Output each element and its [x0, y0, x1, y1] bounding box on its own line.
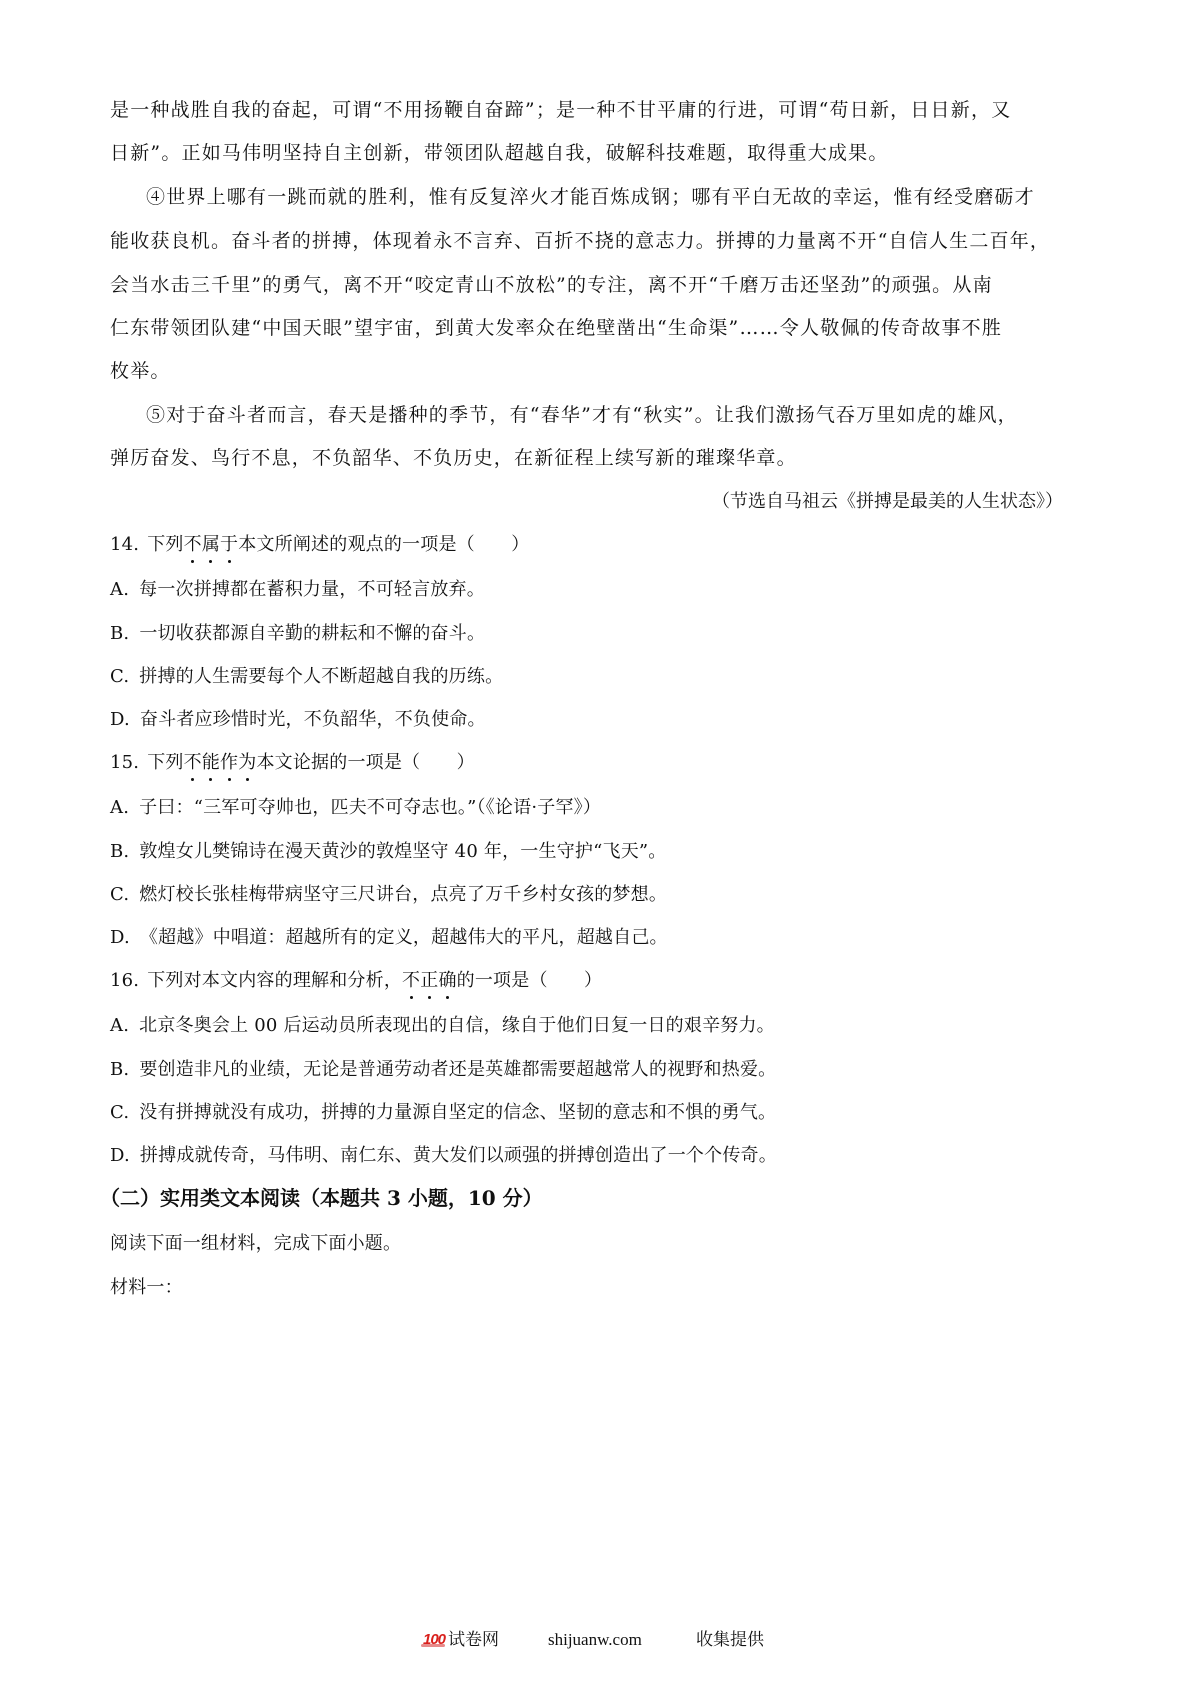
option-text: 要创造非凡的业绩，无论是普通劳动者还是英雄都需要超越常人的视野和热爱。: [139, 1059, 776, 1080]
stem-text: 下列: [147, 752, 183, 773]
emphasis-char: 不: [184, 751, 202, 775]
passage-para4-line5: 枚举。: [110, 359, 171, 383]
option-text: 敦煌女儿樊锦诗在漫天黄沙的敦煌坚守 40 年，一生守护“飞天”。: [139, 841, 666, 862]
option-text: 拼搏成就传奇，马伟明、南仁东、黄大发们以顽强的拼搏创造出了一个个传奇。: [140, 1145, 777, 1166]
emphasis-char: 不: [184, 533, 202, 557]
option-text: 燃灯校长张桂梅带病坚守三尺讲台，点亮了万千乡村女孩的梦想。: [139, 884, 667, 905]
site-logo-icon: 100: [423, 1627, 445, 1653]
question-number: 14.: [110, 534, 139, 555]
option-letter: A.: [110, 1015, 129, 1036]
footer-brand: 试卷网: [448, 1627, 499, 1653]
option-letter: C.: [110, 884, 129, 905]
passage-para3-line2: 日新”。正如马伟明坚持自主创新，带领团队超越自我，破解科技难题，取得重大成果。: [110, 141, 889, 165]
question-14-option-b: B.一切收获都源自辛勤的耕耘和不懈的奋斗。: [110, 622, 485, 646]
option-letter: B.: [110, 623, 129, 644]
footer-provided: 收集提供: [696, 1627, 764, 1653]
passage-source: （节选自马祖云《拼搏是最美的人生状态》）: [712, 490, 1063, 514]
emphasis-char: 属: [202, 533, 220, 557]
logo-swoosh-icon: [421, 1644, 445, 1647]
question-15-option-a: A.子曰：“三军可夺帅也，匹夫不可夺志也。”（《论语·子罕》）: [110, 796, 601, 820]
emphasis-char: 能: [202, 751, 220, 775]
question-number: 15.: [110, 752, 139, 773]
option-letter: C.: [110, 1102, 129, 1123]
passage-para4-line1: ④世界上哪有一跳而就的胜利，惟有反复淬火才能百炼成钢；哪有平白无故的幸运，惟有经…: [146, 185, 1035, 209]
option-letter: D.: [110, 709, 130, 730]
passage-para4-line4: 仁东带领团队建“中国天眼”望宇宙，到黄大发率众在绝壁凿出“生命渠”……令人敬佩的…: [110, 316, 1002, 340]
page-footer: 100 试卷网 shijuanw.com 收集提供: [0, 1627, 1191, 1653]
option-letter: C.: [110, 666, 129, 687]
option-letter: B.: [110, 1059, 129, 1080]
emphasis-char: 正: [420, 969, 438, 993]
question-14-option-a: A.每一次拼搏都在蓄积力量，不可轻言放弃。: [110, 578, 485, 602]
question-15-option-b: B.敦煌女儿樊锦诗在漫天黄沙的敦煌坚守 40 年，一生守护“飞天”。: [110, 840, 667, 864]
option-letter: A.: [110, 797, 129, 818]
emphasis-char: 不: [402, 969, 420, 993]
question-16-option-d: D.拼搏成就传奇，马伟明、南仁东、黄大发们以顽强的拼搏创造出了一个个传奇。: [110, 1144, 777, 1168]
question-16-option-a: A.北京冬奥会上 00 后运动员所表现出的自信，缘自于他们日复一日的艰辛努力。: [110, 1014, 775, 1038]
exam-page: 是一种战胜自我的奋起，可谓“不用扬鞭自奋蹄”；是一种不甘平庸的行进，可谓“苟日新…: [0, 0, 1191, 1684]
stem-text: 本文所阐述的观点的一项是（ ）: [238, 534, 529, 555]
question-14-option-c: C.拼搏的人生需要每个人不断超越自我的历练。: [110, 665, 503, 689]
question-16-stem: 16.下列对本文内容的理解和分析，不正确的一项是（ ）: [110, 969, 602, 993]
option-letter: B.: [110, 841, 129, 862]
emphasis-char: 作: [220, 751, 238, 775]
question-number: 16.: [110, 970, 139, 991]
question-15-option-d: D.《超越》中唱道：超越所有的定义，超越伟大的平凡，超越自己。: [110, 926, 668, 950]
option-text: 子曰：“三军可夺帅也，匹夫不可夺志也。”（《论语·子罕》）: [139, 797, 601, 818]
passage-para5-line2: 弹厉奋发、鸟行不息，不负韶华、不负历史，在新征程上续写新的璀璨华章。: [110, 446, 797, 470]
footer-site-link[interactable]: shijuanw.com: [548, 1627, 642, 1653]
stem-text: 本文论据的一项是（ ）: [256, 752, 474, 773]
passage-para5-line1: ⑤对于奋斗者而言，春天是播种的季节，有“春华”才有“秋实”。让我们激扬气吞万里如…: [146, 403, 1018, 427]
question-15-stem: 15.下列不能作为本文论据的一项是（ ）: [110, 751, 475, 775]
material-label: 材料一：: [110, 1276, 183, 1300]
passage-para4-line2: 能收获良机。奋斗者的拼搏，体现着永不言弃、百折不挠的意志力。拼搏的力量离不开“自…: [110, 229, 1050, 253]
passage-para4-line3: 会当水击三千里”的勇气，离不开“咬定青山不放松”的专注，离不开“千磨万击还坚劲”…: [110, 273, 993, 297]
section-instruction: 阅读下面一组材料，完成下面小题。: [110, 1232, 401, 1256]
option-text: 《超越》中唱道：超越所有的定义，超越伟大的平凡，超越自己。: [140, 927, 668, 948]
question-14-option-d: D.奋斗者应珍惜时光，不负韶华，不负使命。: [110, 708, 486, 732]
emphasis-char: 为: [238, 751, 256, 775]
option-letter: D.: [110, 927, 130, 948]
emphasis-char: 确: [438, 969, 456, 993]
passage-para3-line1: 是一种战胜自我的奋起，可谓“不用扬鞭自奋蹄”；是一种不甘平庸的行进，可谓“苟日新…: [110, 98, 1011, 122]
question-16-option-c: C.没有拼搏就没有成功，拼搏的力量源自坚定的信念、坚韧的意志和不惧的勇气。: [110, 1101, 776, 1125]
option-letter: A.: [110, 579, 129, 600]
emphasis-char: 于: [220, 533, 238, 557]
option-letter: D.: [110, 1145, 130, 1166]
stem-text: 下列: [147, 534, 183, 555]
option-text: 没有拼搏就没有成功，拼搏的力量源自坚定的信念、坚韧的意志和不惧的勇气。: [139, 1102, 776, 1123]
section-heading: （二）实用类文本阅读（本题共 3 小题，10 分）: [100, 1185, 543, 1211]
stem-text: 下列对本文内容的理解和分析，: [147, 970, 402, 991]
option-text: 北京冬奥会上 00 后运动员所表现出的自信，缘自于他们日复一日的艰辛努力。: [139, 1015, 775, 1036]
stem-text: 的一项是（ ）: [457, 970, 603, 991]
question-14-stem: 14.下列不属于本文所阐述的观点的一项是（ ）: [110, 533, 529, 557]
option-text: 拼搏的人生需要每个人不断超越自我的历练。: [139, 666, 503, 687]
question-15-option-c: C.燃灯校长张桂梅带病坚守三尺讲台，点亮了万千乡村女孩的梦想。: [110, 883, 667, 907]
option-text: 一切收获都源自辛勤的耕耘和不懈的奋斗。: [139, 623, 485, 644]
option-text: 每一次拼搏都在蓄积力量，不可轻言放弃。: [139, 579, 485, 600]
question-16-option-b: B.要创造非凡的业绩，无论是普通劳动者还是英雄都需要超越常人的视野和热爱。: [110, 1058, 776, 1082]
option-text: 奋斗者应珍惜时光，不负韶华，不负使命。: [140, 709, 486, 730]
